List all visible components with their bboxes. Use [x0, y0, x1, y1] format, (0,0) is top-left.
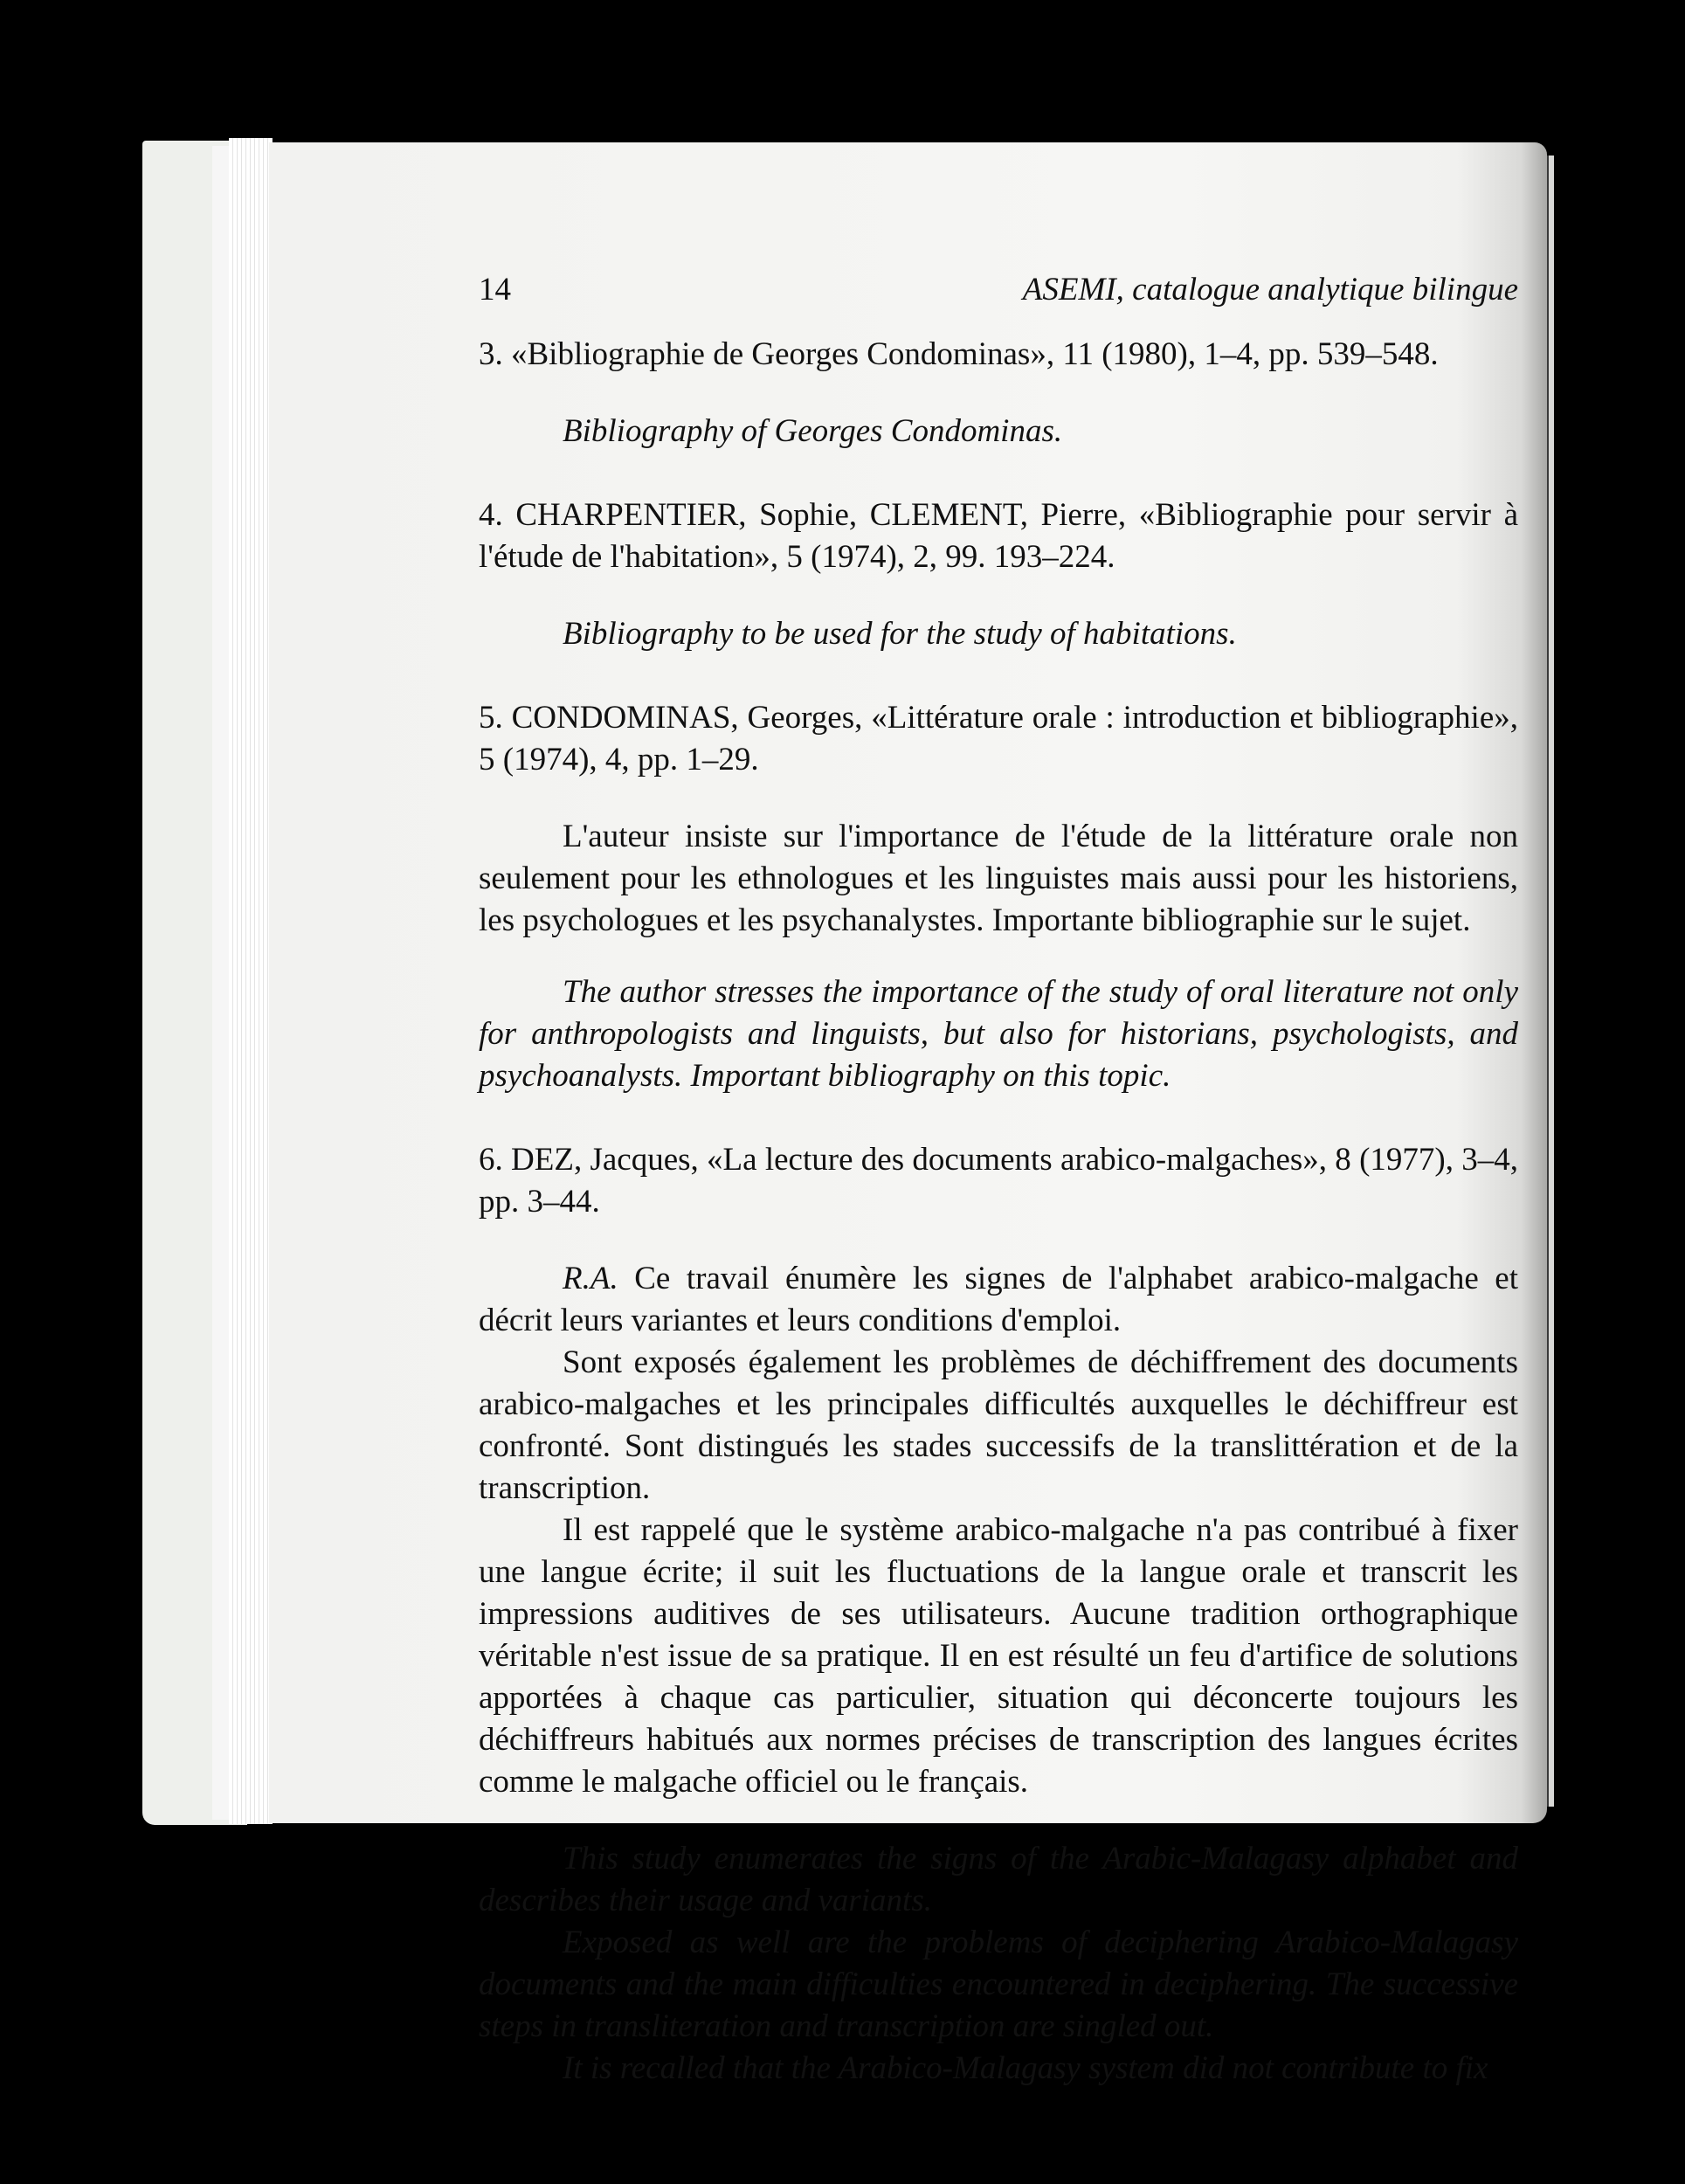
entry-6-summary-fr-1: R.A. Ce travail énumère les signes de l'…	[479, 1258, 1518, 1342]
entry-3-translation: Bibliography of Georges Condominas.	[479, 411, 1518, 453]
entry-5-summary-en: The author stresses the importance of th…	[479, 971, 1518, 1097]
entry-6-summary-fr-1-text: Ce travail énumère les signes de l'alpha…	[479, 1261, 1518, 1338]
entry-6-summary-en-3: It is recalled that the Arabico-Malagasy…	[479, 2048, 1518, 2090]
entry-6-summary-en-2: Exposed as well are the problems of deci…	[479, 1922, 1518, 2048]
page-number: 14	[479, 269, 511, 311]
entry-6-citation: 6. DEZ, Jacques, «La lecture des documen…	[479, 1139, 1518, 1223]
entry-4-citation: 4. CHARPENTIER, Sophie, CLEMENT, Pierre,…	[479, 494, 1518, 578]
running-title: ASEMI, catalogue analytique bilingue	[1023, 269, 1518, 311]
entry-4-translation: Bibliography to be used for the study of…	[479, 613, 1518, 655]
entry-6-summary-fr-3: Il est rappelé que le système arabico-ma…	[479, 1510, 1518, 1803]
entry-3-citation: 3. «Bibliographie de Georges Condominas»…	[479, 334, 1518, 376]
page-content: 14 ASEMI, catalogue analytique bilingue …	[479, 269, 1518, 2090]
page-right-edge	[1547, 156, 1554, 1807]
entry-6-summary-en-1: This study enumerates the signs of the A…	[479, 1838, 1518, 1922]
ra-label: R.A.	[563, 1261, 618, 1296]
entry-6-summary-fr-2: Sont exposés également les problèmes de …	[479, 1342, 1518, 1510]
entry-5-summary-fr: L'auteur insiste sur l'importance de l'é…	[479, 816, 1518, 942]
running-header: 14 ASEMI, catalogue analytique bilingue	[479, 269, 1518, 311]
book-page-edges	[229, 138, 273, 1824]
entry-5-citation: 5. CONDOMINAS, Georges, «Littérature ora…	[479, 697, 1518, 781]
